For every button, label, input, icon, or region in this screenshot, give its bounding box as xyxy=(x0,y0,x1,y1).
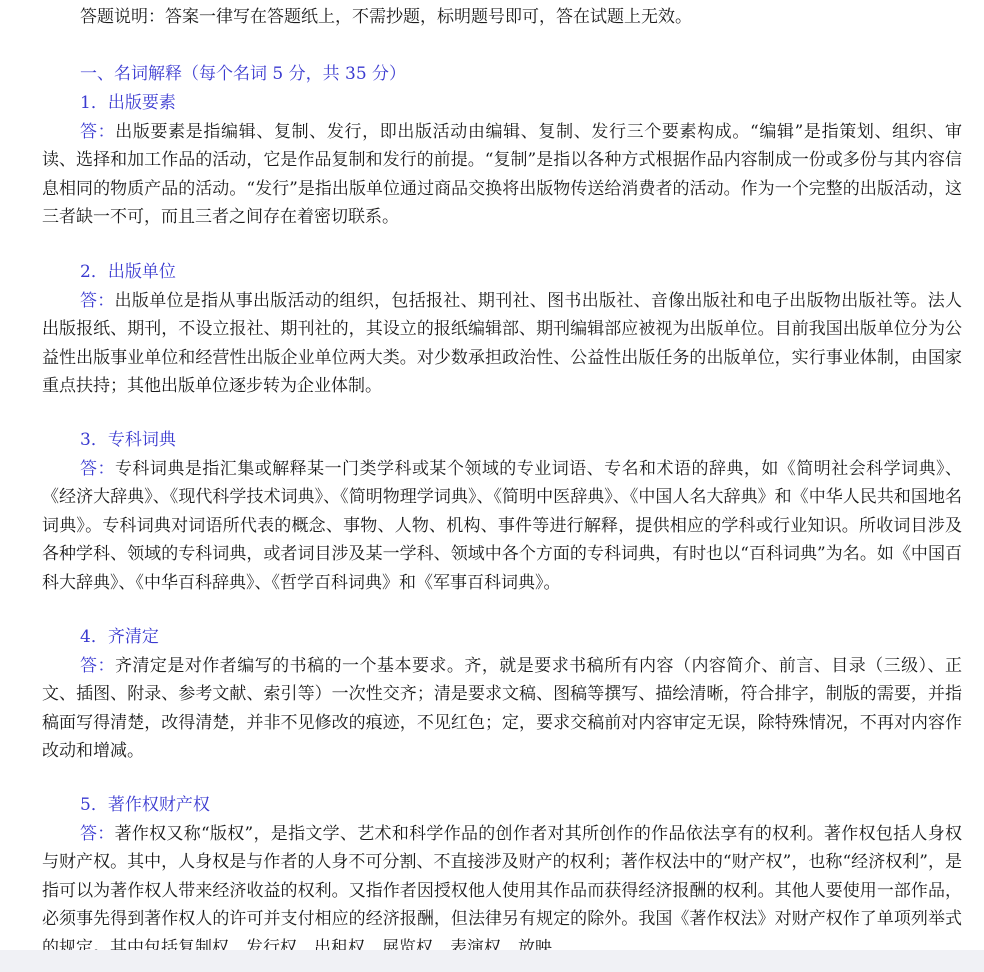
answer-text: 专科词典是指汇集或解释某一门类学科或某个领域的专业词语、专名和术语的辞典，如《简… xyxy=(42,459,962,593)
answer-text: 著作权又称“版权”，是指文学、艺术和科学作品的创作者对其所创作的作品依法享有的权… xyxy=(42,824,962,958)
answer-text: 出版单位是指从事出版活动的组织，包括报社、期刊社、图书出版社、音像出版社和电子出… xyxy=(42,291,962,397)
answer-text: 齐清定是对作者编写的书稿的一个基本要求。齐，就是要求书稿所有内容（内容简介、前言… xyxy=(42,656,962,762)
term-item-5: 5．著作权财产权 答：著作权又称“版权”，是指文学、艺术和科学作品的创作者对其所… xyxy=(42,791,962,962)
term-answer: 答：专科词典是指汇集或解释某一门类学科或某个领域的专业词语、专名和术语的辞典，如… xyxy=(42,455,962,598)
term-answer: 答：著作权又称“版权”，是指文学、艺术和科学作品的创作者对其所创作的作品依法享有… xyxy=(42,820,962,963)
term-title: 4．齐清定 xyxy=(42,623,962,652)
answer-label: 答： xyxy=(80,291,115,311)
answer-text: 出版要素是指编辑、复制、发行，即出版活动由编辑、复制、发行三个要素构成。“编辑”… xyxy=(42,122,962,228)
term-title: 3．专科词典 xyxy=(42,426,962,455)
answer-instructions: 答题说明：答案一律写在答题纸上，不需抄题，标明题号即可，答在试题上无效。 xyxy=(80,3,692,32)
term-item-1: 1．出版要素 答：出版要素是指编辑、复制、发行，即出版活动由编辑、复制、发行三个… xyxy=(42,89,962,232)
answer-label: 答： xyxy=(80,459,115,479)
term-answer: 答：齐清定是对作者编写的书稿的一个基本要求。齐，就是要求书稿所有内容（内容简介、… xyxy=(42,652,962,766)
term-answer: 答：出版单位是指从事出版活动的组织，包括报社、期刊社、图书出版社、音像出版社和电… xyxy=(42,287,962,401)
term-item-4: 4．齐清定 答：齐清定是对作者编写的书稿的一个基本要求。齐，就是要求书稿所有内容… xyxy=(42,623,962,766)
term-title: 5．著作权财产权 xyxy=(42,791,962,820)
answer-label: 答： xyxy=(80,656,115,676)
viewer-bottom-bar xyxy=(0,950,984,972)
section-title: 一、名词解释（每个名词 5 分，共 35 分） xyxy=(80,60,406,89)
term-item-2: 2．出版单位 答：出版单位是指从事出版活动的组织，包括报社、期刊社、图书出版社、… xyxy=(42,258,962,401)
answer-label: 答： xyxy=(80,122,115,142)
term-title: 1．出版要素 xyxy=(42,89,962,118)
answer-label: 答： xyxy=(80,824,115,844)
term-answer: 答：出版要素是指编辑、复制、发行，即出版活动由编辑、复制、发行三个要素构成。“编… xyxy=(42,118,962,232)
term-item-3: 3．专科词典 答：专科词典是指汇集或解释某一门类学科或某个领域的专业词语、专名和… xyxy=(42,426,962,597)
term-title: 2．出版单位 xyxy=(42,258,962,287)
